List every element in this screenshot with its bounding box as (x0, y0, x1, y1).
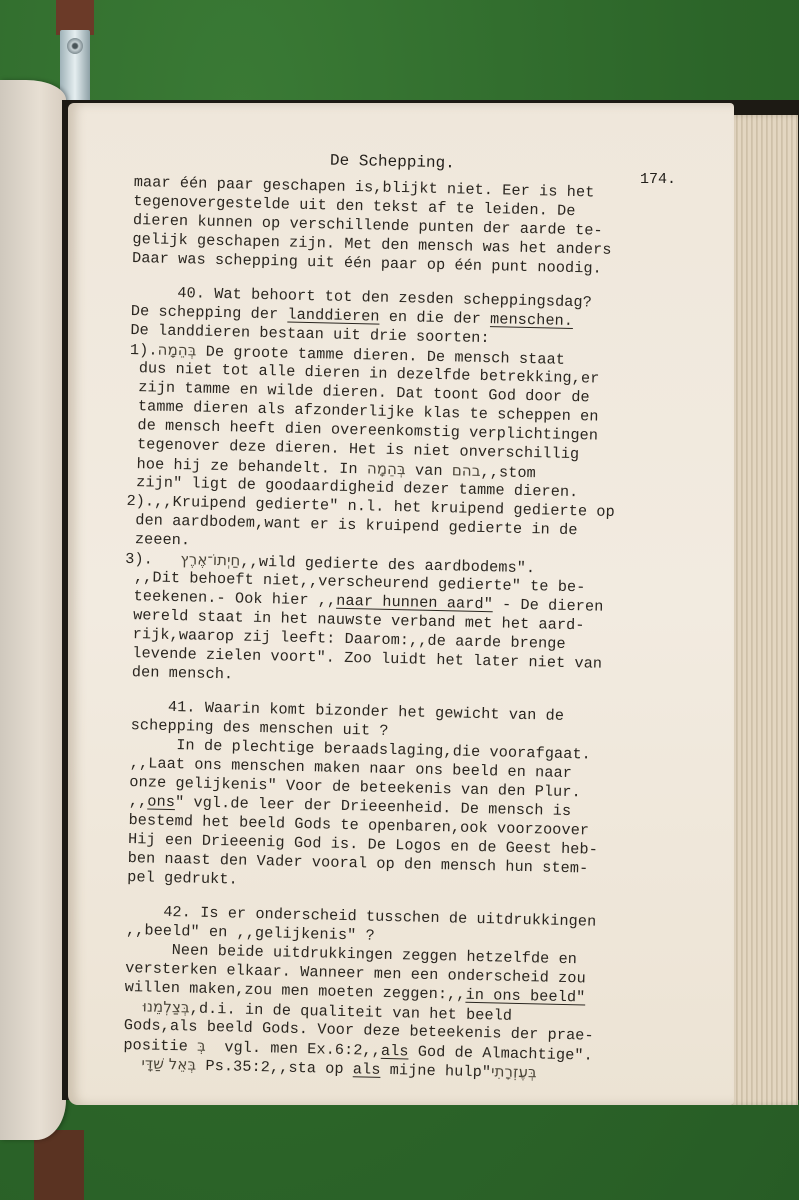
hebrew-handwritten: בְּצַלְמֵנוּ (143, 997, 190, 1016)
text-segment: Ps.35:2,,sta op (196, 1057, 353, 1079)
text-segment (115, 998, 143, 1017)
hebrew-handwritten: בְּעֶזְרָתִי (491, 1062, 537, 1081)
underlined-text: naar hunnen aard" (336, 592, 493, 614)
underlined-text: in ons beeld" (465, 986, 585, 1007)
typewritten-text: maar één paar geschapen is,blijkt niet. … (114, 173, 694, 1085)
text-segment (114, 1055, 142, 1074)
underlined-text: landdieren (287, 306, 380, 326)
left-page-edge (0, 80, 66, 1140)
text-segment: ,,stom (480, 463, 536, 482)
hebrew-handwritten: בהם (452, 461, 481, 480)
hebrew-handwritten: חַיְתוֹ־אֶרֶץ (180, 550, 240, 569)
text-segment: van (406, 461, 452, 480)
page-block-edges (728, 115, 798, 1105)
underlined-text: als (381, 1042, 409, 1061)
wooden-post (34, 1130, 84, 1200)
screw-icon (67, 38, 83, 54)
text-segment: positie (114, 1036, 197, 1056)
text-segment: ,, (120, 792, 148, 811)
hebrew-handwritten: בְּ (197, 1037, 206, 1055)
text-segment: den mensch. (122, 663, 233, 684)
text-segment: 3). (125, 550, 181, 569)
text-segment: en die der (379, 308, 490, 329)
book-page: De Schepping. 174. maar één paar geschap… (68, 103, 734, 1105)
text-segment: mijne hulp" (380, 1061, 491, 1082)
text-segment: zeeen. (125, 530, 190, 549)
running-head: De Schepping. (330, 152, 455, 173)
text-segment: pel gedrukt. (118, 868, 238, 889)
underlined-text: ons (147, 792, 175, 811)
green-board-background (0, 0, 799, 110)
text-segment: 1). (130, 341, 158, 360)
hebrew-handwritten: בְּהֵמָה (367, 459, 406, 478)
hebrew-handwritten: בְּהֵמָה (157, 341, 196, 360)
underlined-text: menschen. (490, 310, 573, 330)
text-segment: De schepping der (131, 302, 288, 324)
text-segment: - De dieren (493, 595, 604, 616)
hebrew-handwritten: בְּאֵל שַׁדָּי (141, 1054, 196, 1073)
underlined-text: als (353, 1060, 381, 1079)
